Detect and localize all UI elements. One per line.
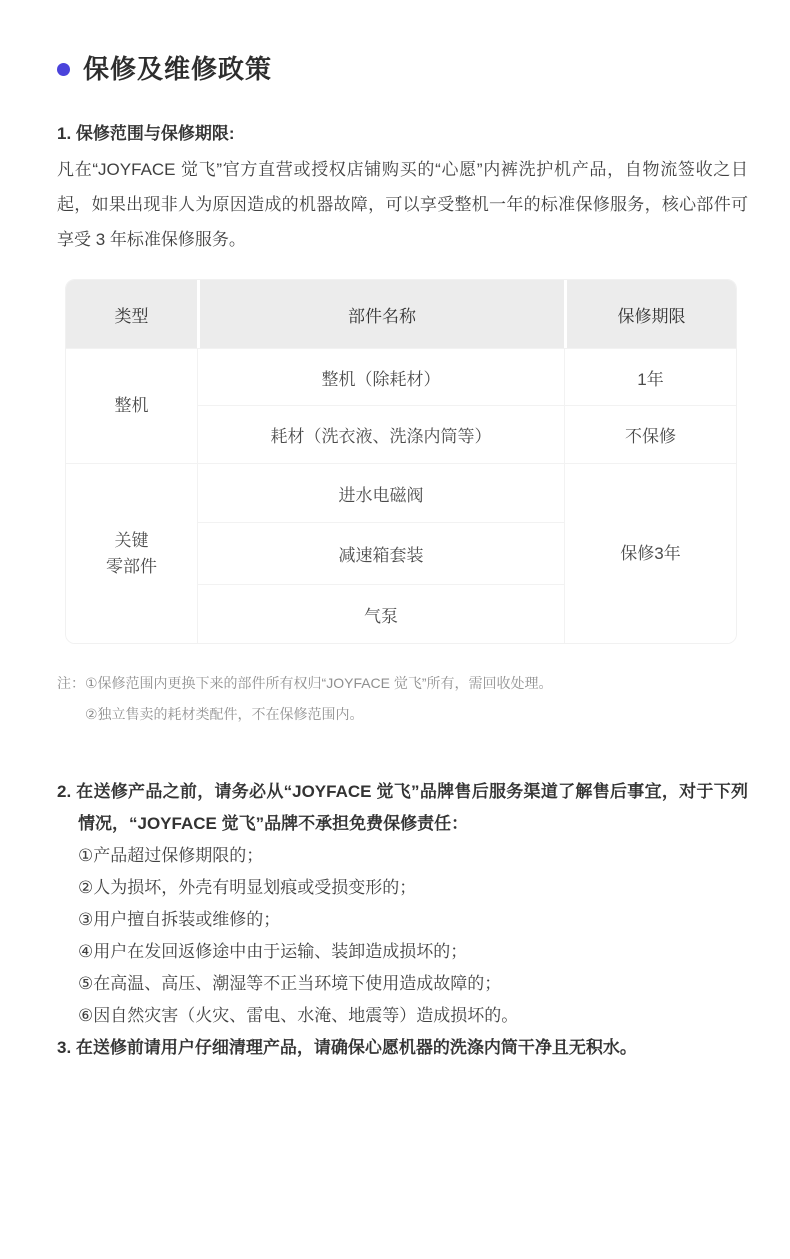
list-item: ①产品超过保修期限的； bbox=[78, 840, 748, 872]
list-item: ⑤在高温、高压、潮湿等不正当环境下使用造成故障的； bbox=[78, 968, 748, 1000]
table-row: 关键 零部件 进水电磁阀 保修3年 bbox=[66, 463, 736, 522]
table-notes: 注：①保修范围内更换下来的部件所有权归“JOYFACE 觉飞”所有，需回收处理。… bbox=[57, 668, 748, 730]
period-cell: 1年 bbox=[564, 348, 736, 405]
warranty-table-grid: 类型 部件名称 保修期限 整机 整机（除耗材） 1年 耗材（洗衣液、洗涤内筒等）… bbox=[66, 280, 736, 643]
type-cell-whole-machine: 整机 bbox=[66, 348, 197, 463]
section2-exclusion-list: ①产品超过保修期限的； ②人为损坏，外壳有明显划痕或受损变形的； ③用户擅自拆装… bbox=[57, 840, 748, 1032]
period-cell-3years: 保修3年 bbox=[564, 463, 736, 643]
table-header-type: 类型 bbox=[66, 280, 197, 348]
note-line-1: 注：①保修范围内更换下来的部件所有权归“JOYFACE 觉飞”所有，需回收处理。 bbox=[57, 668, 748, 699]
section1-paragraph: 凡在“JOYFACE 觉飞”官方直营或授权店铺购买的“心愿”内裤洗护机产品，自物… bbox=[57, 152, 748, 257]
table-header-period: 保修期限 bbox=[564, 280, 736, 348]
part-cell: 减速箱套装 bbox=[197, 522, 564, 584]
bullet-dot-icon bbox=[57, 63, 70, 76]
section2-heading: 2. 在送修产品之前，请务必从“JOYFACE 觉飞”品牌售后服务渠道了解售后事… bbox=[57, 776, 748, 840]
page-title: 保修及维修政策 bbox=[83, 52, 272, 86]
warranty-policy-page: 保修及维修政策 1. 保修范围与保修期限: 凡在“JOYFACE 觉飞”官方直营… bbox=[0, 0, 790, 1259]
part-cell: 进水电磁阀 bbox=[197, 463, 564, 522]
list-item: ④用户在发回返修途中由于运输、装卸造成损坏的； bbox=[78, 936, 748, 968]
part-cell: 耗材（洗衣液、洗涤内筒等） bbox=[197, 405, 564, 463]
list-item: ③用户擅自拆装或维修的； bbox=[78, 904, 748, 936]
page-title-row: 保修及维修政策 bbox=[57, 52, 748, 86]
section2: 2. 在送修产品之前，请务必从“JOYFACE 觉飞”品牌售后服务渠道了解售后事… bbox=[57, 776, 748, 1032]
section3-heading: 3. 在送修前请用户仔细清理产品，请确保心愿机器的洗涤内筒干净且无积水。 bbox=[57, 1032, 748, 1064]
type-cell-key-parts: 关键 零部件 bbox=[66, 463, 197, 643]
part-cell: 气泵 bbox=[197, 584, 564, 643]
note-line-2: ②独立售卖的耗材类配件，不在保修范围内。 bbox=[57, 699, 748, 730]
list-item: ②人为损坏，外壳有明显划痕或受损变形的； bbox=[78, 872, 748, 904]
warranty-table: 类型 部件名称 保修期限 整机 整机（除耗材） 1年 耗材（洗衣液、洗涤内筒等）… bbox=[65, 279, 737, 644]
period-cell: 不保修 bbox=[564, 405, 736, 463]
list-item: ⑥因自然灾害（火灾、雷电、水淹、地震等）造成损坏的。 bbox=[78, 1000, 748, 1032]
section1-heading: 1. 保修范围与保修期限: bbox=[57, 122, 748, 146]
table-row: 整机 整机（除耗材） 1年 bbox=[66, 348, 736, 405]
table-header-part: 部件名称 bbox=[197, 280, 564, 348]
part-cell: 整机（除耗材） bbox=[197, 348, 564, 405]
table-header-row: 类型 部件名称 保修期限 bbox=[66, 280, 736, 348]
